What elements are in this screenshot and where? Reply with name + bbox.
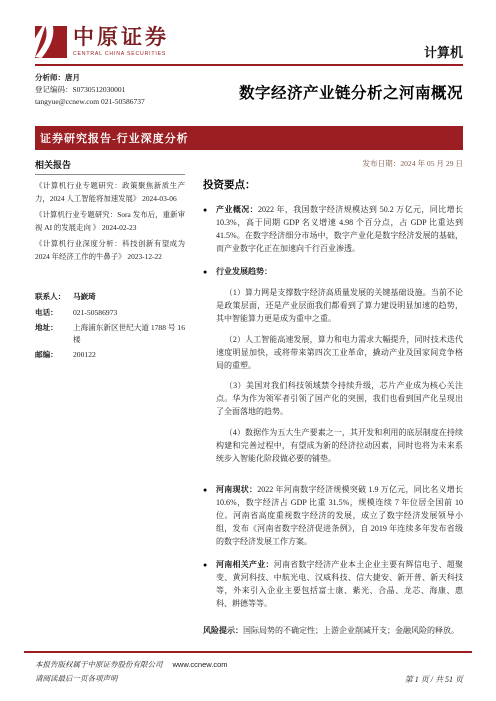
- page-number: 第 1 页 / 共 51 页: [405, 674, 463, 685]
- disclaimer-line: 请阅读最后一页各项声明: [35, 672, 228, 686]
- analyst-title-row: 分析师：唐月 登记编码：S0730512030001 tangyue@ccnew…: [35, 72, 463, 108]
- industry-category-label: 计算机: [424, 42, 463, 61]
- contact-block: 联系人： 马嶔琦 电话： 021-50586973 地址： 上海浦东新区世纪大道…: [35, 291, 185, 360]
- related-reports-title: 相关报告: [35, 158, 185, 175]
- contact-person-name: 马嶔琦: [73, 291, 185, 302]
- bullet-body: 产业概况：2022 年，我国数字经济规模达到 50.2 万亿元，同比增长 10.…: [216, 204, 463, 256]
- contact-person-row: 联系人： 马嶔琦: [35, 291, 185, 302]
- footer-left: 本报告版权属于中原证券股份有限公司www.ccnew.com 请阅读最后一页各项…: [35, 658, 228, 685]
- bullet-text: 2022 年河南数字经济规模突破 1.9 万亿元，同比名义增长 10.6%，数字…: [216, 485, 463, 546]
- report-type-banner: 证券研究报告-行业深度分析: [35, 126, 463, 150]
- header-rule: [35, 64, 463, 66]
- analyst-contact-line: tangyue@ccnew.com 021-50586737: [35, 96, 145, 108]
- page-footer: 本报告版权属于中原证券股份有限公司www.ccnew.com 请阅读最后一页各项…: [0, 651, 496, 685]
- bullet-label: 河南现状：: [216, 485, 257, 494]
- risk-note: 风险提示：国际局势的不确定性；上游企业削减开支；金融风险的释放。: [203, 625, 463, 638]
- company-logo: 中原证券 CENTRAL CHINA SECURITIES: [35, 26, 169, 58]
- trend-sub-paragraph-1: （1）算力网是支撑数字经济高质量发展的关键基础设施。当前不论是政策层面，还是产业…: [216, 287, 463, 326]
- contact-address-value: 上海浦东新区世纪大道 1788 号 16 楼: [73, 322, 185, 345]
- related-report-item: 《计算机行业专题研究：政策聚焦新质生产力，2024 人工智能将加速发展》 202…: [35, 180, 185, 205]
- bullet-industry-trends: ● 行业发展趋势： （1）算力网是支撑数字经济高质量发展的关键基础设施。当前不论…: [203, 266, 463, 474]
- risk-text: 国际局势的不确定性；上游企业削减开支；金融风险的释放。: [243, 626, 459, 635]
- main-content: 发布日期：2024 年 05 月 29 日 投资要点： ● 产业概况：2022 …: [197, 158, 463, 638]
- content-columns: 相关报告 《计算机行业专题研究：政策聚焦新质生产力，2024 人工智能将加速发展…: [35, 158, 463, 638]
- contact-zip-label: 邮编：: [35, 349, 73, 360]
- contact-person-label: 联系人：: [35, 291, 73, 302]
- bullet-body: 河南相关产业：河南省数字经济产业本土企业主要有辉信电子、超聚变、黄河科技、中航光…: [216, 559, 463, 611]
- brand-name: 中原证券: [73, 26, 169, 49]
- analyst-reg-line: 登记编码：S0730512030001: [35, 84, 145, 96]
- footer-rule: [24, 651, 472, 653]
- contact-phone-label: 电话：: [35, 307, 73, 318]
- brand-name-en: CENTRAL CHINA SECURITIES: [73, 51, 169, 57]
- bullet-label: 河南相关产业：: [216, 560, 274, 569]
- bullet-icon: ●: [203, 559, 216, 611]
- bullet-icon: ●: [203, 484, 216, 549]
- investment-points-title: 投资要点：: [203, 177, 463, 192]
- header: 中原证券 CENTRAL CHINA SECURITIES 计算机: [35, 26, 463, 61]
- copyright-text: 本报告版权属于中原证券股份有限公司: [35, 660, 163, 669]
- bullet-body: 河南现状：2022 年河南数字经济规模突破 1.9 万亿元，同比名义增长 10.…: [216, 484, 463, 549]
- bullet-label: 行业发展趋势：: [216, 267, 272, 276]
- contact-address-label: 地址：: [35, 322, 73, 345]
- contact-address-row: 地址： 上海浦东新区世纪大道 1788 号 16 楼: [35, 322, 185, 345]
- sidebar: 相关报告 《计算机行业专题研究：政策聚焦新质生产力，2024 人工智能将加速发展…: [35, 158, 197, 364]
- bullet-industry-overview: ● 产业概况：2022 年，我国数字经济规模达到 50.2 万亿元，同比增长 1…: [203, 204, 463, 256]
- analyst-name-line: 分析师：唐月: [35, 72, 145, 84]
- bullet-icon: ●: [203, 204, 216, 256]
- bullet-henan-status: ● 河南现状：2022 年河南数字经济规模突破 1.9 万亿元，同比名义增长 1…: [203, 484, 463, 549]
- copyright-line: 本报告版权属于中原证券股份有限公司www.ccnew.com: [35, 658, 228, 672]
- trend-sub-paragraph-2: （2）人工智能高速发展，算力和电力需求大幅提升，同时技术迭代速度明显加快，或将带…: [216, 334, 463, 373]
- related-report-item: 《计算机行业专题研究：Sora 发布后，重新审视 AI 的发展走向 》 2024…: [35, 209, 185, 234]
- analyst-info: 分析师：唐月 登记编码：S0730512030001 tangyue@ccnew…: [35, 72, 145, 108]
- risk-label: 风险提示：: [203, 626, 243, 635]
- footer-row: 本报告版权属于中原证券股份有限公司www.ccnew.com 请阅读最后一页各项…: [35, 658, 463, 685]
- contact-zip-value: 200122: [73, 349, 185, 360]
- site-url: www.ccnew.com: [173, 660, 228, 669]
- trend-sub-paragraph-4: （4）数据作为五大生产要素之一，其开发和利用的底层制度在持续构建和完善过程中，有…: [216, 427, 463, 466]
- contact-phone-row: 电话： 021-50586973: [35, 307, 185, 318]
- contact-phone-value: 021-50586973: [73, 307, 185, 318]
- bullet-henan-industries: ● 河南相关产业：河南省数字经济产业本土企业主要有辉信电子、超聚变、黄河科技、中…: [203, 559, 463, 611]
- bullet-icon: ●: [203, 266, 216, 474]
- bullet-label: 产业概况：: [216, 205, 258, 214]
- trend-sub-paragraph-3: （3）美国对我们科技领域禁令持续升级，芯片产业成为核心关注点。华为作为领军者引领…: [216, 380, 463, 419]
- brand-logo-icon: [35, 26, 67, 58]
- contact-zip-row: 邮编： 200122: [35, 349, 185, 360]
- publish-date: 发布日期：2024 年 05 月 29 日: [203, 158, 463, 169]
- report-title: 数字经济产业链分析之河南概况: [239, 81, 463, 103]
- related-report-item: 《计算机行业深度分析：科技创新有望成为 2024 年经济工作的牛鼻子》 2023…: [35, 238, 185, 263]
- bullet-body: 行业发展趋势： （1）算力网是支撑数字经济高质量发展的关键基础设施。当前不论是政…: [216, 266, 463, 474]
